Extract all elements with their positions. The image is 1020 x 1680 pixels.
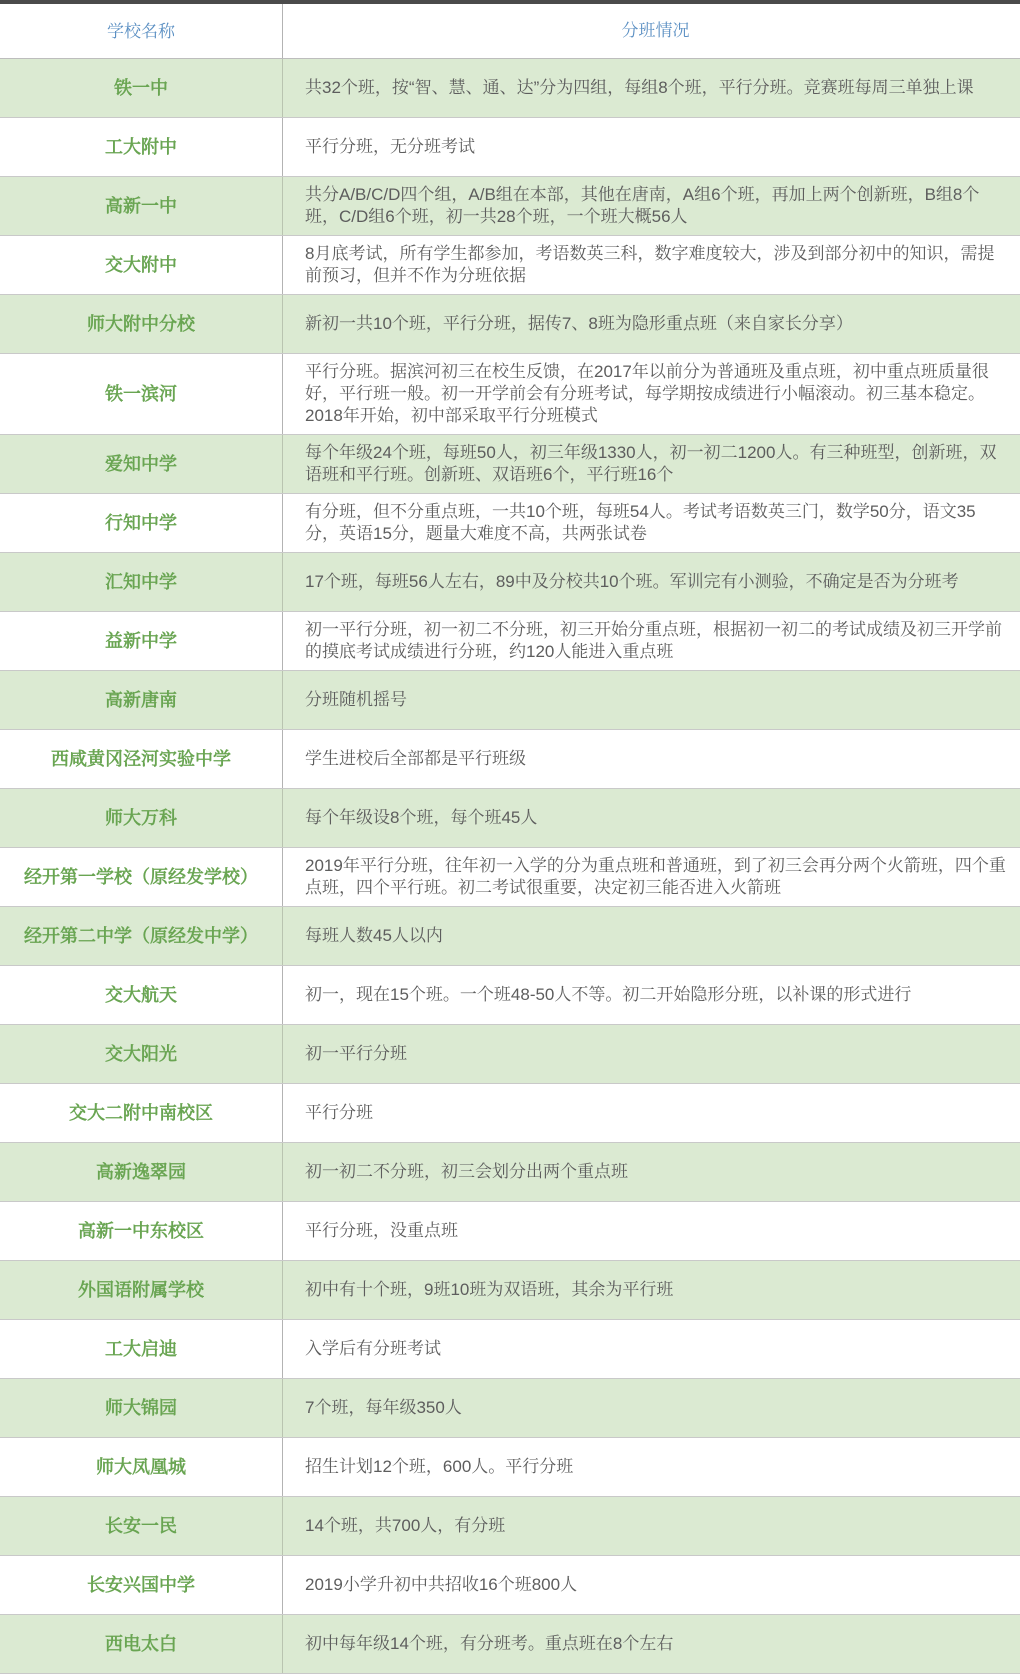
class-division-info-cell: 新初一共10个班，平行分班，据传7、8班为隐形重点班（来自家长分享）: [283, 295, 1020, 353]
school-name-cell: 西电太白: [0, 1615, 283, 1673]
table-row: 工大附中平行分班，无分班考试: [0, 118, 1020, 177]
school-name-cell: 交大阳光: [0, 1025, 283, 1083]
table-body: 铁一中共32个班，按“智、慧、通、达”分为四组，每组8个班，平行分班。竞赛班每周…: [0, 59, 1020, 1674]
class-division-info-cell: 有分班，但不分重点班，一共10个班，每班54人。考试考语数英三门，数学50分，语…: [283, 494, 1020, 552]
class-division-info-cell: 入学后有分班考试: [283, 1320, 1020, 1378]
school-name-cell: 西咸黄冈泾河实验中学: [0, 730, 283, 788]
class-division-info-cell: 平行分班: [283, 1084, 1020, 1142]
school-name-cell: 长安兴国中学: [0, 1556, 283, 1614]
school-name-cell: 交大附中: [0, 236, 283, 294]
class-division-table: 学校名称 分班情况 铁一中共32个班，按“智、慧、通、达”分为四组，每组8个班，…: [0, 0, 1020, 1674]
class-division-info-cell: 共32个班，按“智、慧、通、达”分为四组，每组8个班，平行分班。竞赛班每周三单独…: [283, 59, 1020, 117]
class-division-info-cell: 2019小学升初中共招收16个班800人: [283, 1556, 1020, 1614]
school-name-cell: 高新唐南: [0, 671, 283, 729]
class-division-info-cell: 学生进校后全部都是平行班级: [283, 730, 1020, 788]
school-name-cell: 师大锦园: [0, 1379, 283, 1437]
school-name-cell: 益新中学: [0, 612, 283, 670]
class-division-info-cell: 每个年级24个班，每班50人，初三年级1330人，初一初二1200人。有三种班型…: [283, 435, 1020, 493]
class-division-info-cell: 分班随机摇号: [283, 671, 1020, 729]
school-name-cell: 汇知中学: [0, 553, 283, 611]
school-name-cell: 工大启迪: [0, 1320, 283, 1378]
table-row: 益新中学初一平行分班，初一初二不分班，初三开始分重点班，根据初一初二的考试成绩及…: [0, 612, 1020, 671]
table-row: 铁一滨河平行分班。据滨河初三在校生反馈，在2017年以前分为普通班及重点班，初中…: [0, 354, 1020, 435]
school-name-cell: 行知中学: [0, 494, 283, 552]
class-division-info-cell: 初一平行分班，初一初二不分班，初三开始分重点班，根据初一初二的考试成绩及初三开学…: [283, 612, 1020, 670]
column-header-class-division: 分班情况: [283, 4, 1020, 58]
school-name-cell: 交大航天: [0, 966, 283, 1024]
school-name-cell: 爱知中学: [0, 435, 283, 493]
table-row: 经开第一学校（原经发学校）2019年平行分班，往年初一入学的分为重点班和普通班，…: [0, 848, 1020, 907]
table-row: 师大附中分校新初一共10个班，平行分班，据传7、8班为隐形重点班（来自家长分享）: [0, 295, 1020, 354]
school-name-cell: 经开第二中学（原经发中学）: [0, 907, 283, 965]
table-row: 西咸黄冈泾河实验中学学生进校后全部都是平行班级: [0, 730, 1020, 789]
class-division-info-cell: 初一初二不分班，初三会划分出两个重点班: [283, 1143, 1020, 1201]
column-header-school-name: 学校名称: [0, 4, 283, 58]
table-row: 高新一中东校区平行分班，没重点班: [0, 1202, 1020, 1261]
table-row: 铁一中共32个班，按“智、慧、通、达”分为四组，每组8个班，平行分班。竞赛班每周…: [0, 59, 1020, 118]
class-division-info-cell: 2019年平行分班，往年初一入学的分为重点班和普通班，到了初三会再分两个火箭班，…: [283, 848, 1020, 906]
class-division-info-cell: 初中有十个班，9班10班为双语班，其余为平行班: [283, 1261, 1020, 1319]
school-name-cell: 工大附中: [0, 118, 283, 176]
school-name-cell: 交大二附中南校区: [0, 1084, 283, 1142]
school-name-cell: 高新一中: [0, 177, 283, 235]
class-division-info-cell: 招生计划12个班，600人。平行分班: [283, 1438, 1020, 1496]
table-row: 长安兴国中学2019小学升初中共招收16个班800人: [0, 1556, 1020, 1615]
class-division-info-cell: 17个班，每班56人左右，89中及分校共10个班。军训完有小测验，不确定是否为分…: [283, 553, 1020, 611]
school-name-cell: 铁一中: [0, 59, 283, 117]
table-row: 交大二附中南校区平行分班: [0, 1084, 1020, 1143]
table-header-row: 学校名称 分班情况: [0, 4, 1020, 59]
table-row: 外国语附属学校初中有十个班，9班10班为双语班，其余为平行班: [0, 1261, 1020, 1320]
class-division-info-cell: 初一平行分班: [283, 1025, 1020, 1083]
class-division-info-cell: 8月底考试，所有学生都参加，考语数英三科，数字难度较大，涉及到部分初中的知识，需…: [283, 236, 1020, 294]
school-name-cell: 师大附中分校: [0, 295, 283, 353]
school-name-cell: 经开第一学校（原经发学校）: [0, 848, 283, 906]
school-name-cell: 高新一中东校区: [0, 1202, 283, 1260]
class-division-info-cell: 平行分班。据滨河初三在校生反馈，在2017年以前分为普通班及重点班，初中重点班质…: [283, 354, 1020, 434]
page: 学校名称 分班情况 铁一中共32个班，按“智、慧、通、达”分为四组，每组8个班，…: [0, 0, 1020, 1680]
table-row: 汇知中学17个班，每班56人左右，89中及分校共10个班。军训完有小测验，不确定…: [0, 553, 1020, 612]
school-name-cell: 长安一民: [0, 1497, 283, 1555]
table-row: 高新一中共分A/B/C/D四个组，A/B组在本部，其他在唐南，A组6个班，再加上…: [0, 177, 1020, 236]
class-division-info-cell: 每班人数45人以内: [283, 907, 1020, 965]
table-row: 工大启迪入学后有分班考试: [0, 1320, 1020, 1379]
table-row: 行知中学有分班，但不分重点班，一共10个班，每班54人。考试考语数英三门，数学5…: [0, 494, 1020, 553]
school-name-cell: 师大凤凰城: [0, 1438, 283, 1496]
table-row: 交大附中8月底考试，所有学生都参加，考语数英三科，数字难度较大，涉及到部分初中的…: [0, 236, 1020, 295]
table-row: 爱知中学每个年级24个班，每班50人，初三年级1330人，初一初二1200人。有…: [0, 435, 1020, 494]
table-row: 长安一民14个班，共700人，有分班: [0, 1497, 1020, 1556]
class-division-info-cell: 共分A/B/C/D四个组，A/B组在本部，其他在唐南，A组6个班，再加上两个创新…: [283, 177, 1020, 235]
table-row: 交大阳光初一平行分班: [0, 1025, 1020, 1084]
class-division-info-cell: 初中每年级14个班，有分班考。重点班在8个左右: [283, 1615, 1020, 1673]
class-division-info-cell: 7个班，每年级350人: [283, 1379, 1020, 1437]
table-row: 高新唐南分班随机摇号: [0, 671, 1020, 730]
class-division-info-cell: 初一，现在15个班。一个班48-50人不等。初二开始隐形分班，以补课的形式进行: [283, 966, 1020, 1024]
table-row: 师大万科每个年级设8个班，每个班45人: [0, 789, 1020, 848]
table-row: 交大航天初一，现在15个班。一个班48-50人不等。初二开始隐形分班，以补课的形…: [0, 966, 1020, 1025]
school-name-cell: 师大万科: [0, 789, 283, 847]
class-division-info-cell: 平行分班，无分班考试: [283, 118, 1020, 176]
table-row: 师大凤凰城招生计划12个班，600人。平行分班: [0, 1438, 1020, 1497]
table-row: 西电太白初中每年级14个班，有分班考。重点班在8个左右: [0, 1615, 1020, 1674]
table-row: 经开第二中学（原经发中学）每班人数45人以内: [0, 907, 1020, 966]
class-division-info-cell: 14个班，共700人，有分班: [283, 1497, 1020, 1555]
class-division-info-cell: 平行分班，没重点班: [283, 1202, 1020, 1260]
school-name-cell: 外国语附属学校: [0, 1261, 283, 1319]
table-row: 师大锦园7个班，每年级350人: [0, 1379, 1020, 1438]
school-name-cell: 高新逸翠园: [0, 1143, 283, 1201]
table-row: 高新逸翠园初一初二不分班，初三会划分出两个重点班: [0, 1143, 1020, 1202]
school-name-cell: 铁一滨河: [0, 354, 283, 434]
class-division-info-cell: 每个年级设8个班，每个班45人: [283, 789, 1020, 847]
